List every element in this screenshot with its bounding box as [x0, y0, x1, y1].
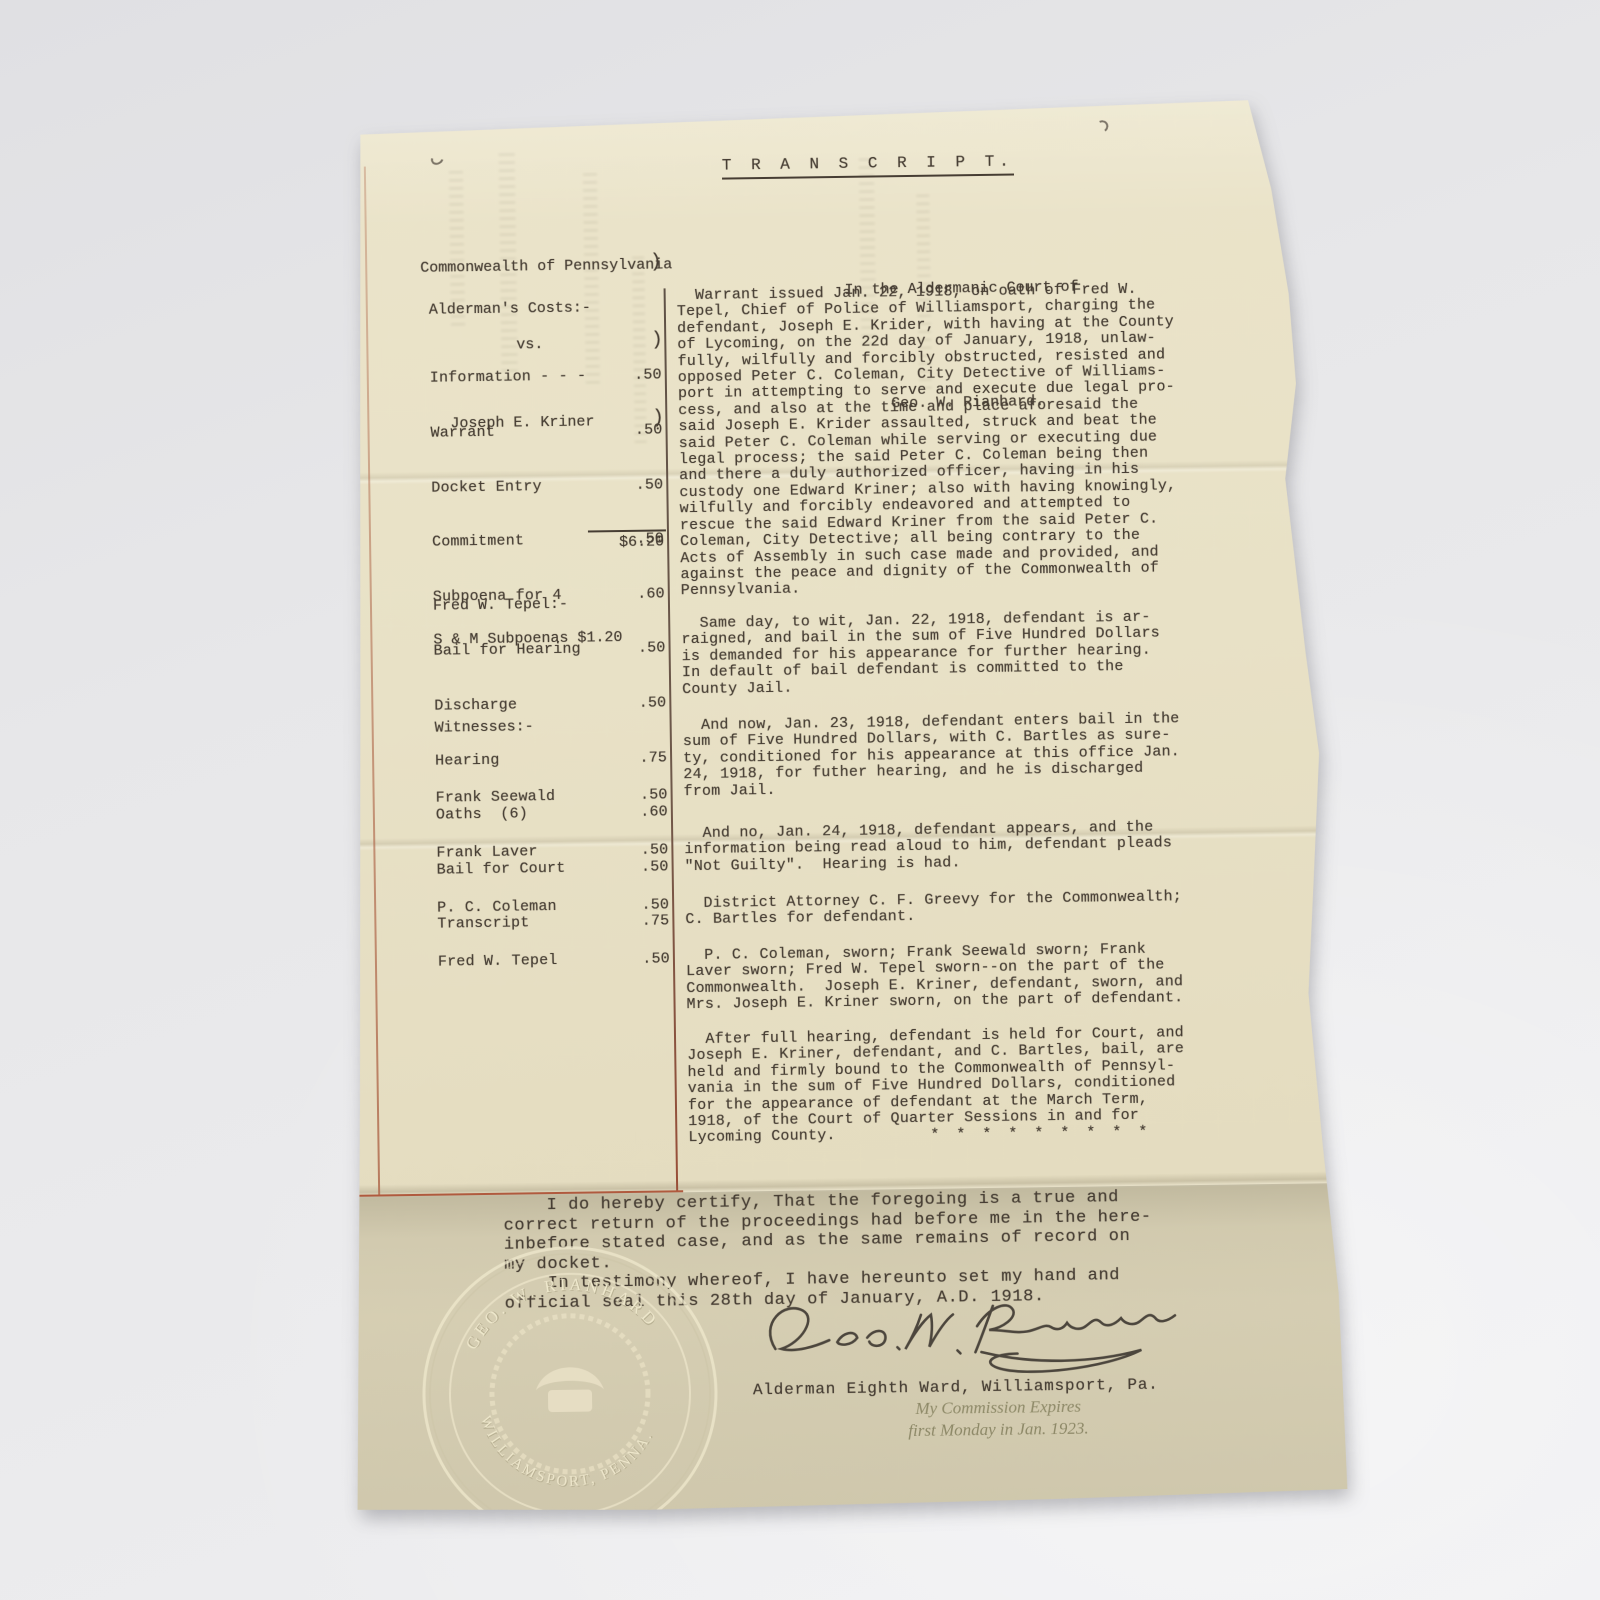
- cost-label: Discharge: [434, 696, 517, 715]
- pen-mark: [429, 151, 446, 167]
- tepel-fee-line: S & M Subpoenas $1.20: [433, 629, 622, 649]
- cost-value: .50: [635, 421, 663, 440]
- cost-row: Information - - -.50: [430, 367, 662, 388]
- asterisk-divider: * * * * * * * * *: [930, 1124, 1151, 1144]
- cost-row: Discharge.50: [434, 694, 666, 715]
- notary-seal: GEO. W. RIANHARD WILLIAMSPORT, PENNA.: [414, 1238, 726, 1550]
- body-paragraph: Same day, to wit, Jan. 22, 1918, defenda…: [681, 609, 1208, 698]
- witness-fee: .50: [640, 787, 668, 806]
- cost-label: Information - - -: [430, 368, 587, 388]
- body-paragraph: Warrant issued Jan. 22, 1918, on oath of…: [677, 281, 1207, 600]
- witness-name: Frank Laver: [436, 843, 537, 863]
- seal-crest-base: [548, 1390, 592, 1413]
- photo-background: T R A N S C R I P T. Commonwealth of Pen…: [0, 0, 1600, 1600]
- body-paragraph: District Attorney C. F. Greevy for the C…: [685, 889, 1211, 929]
- cost-value: .60: [637, 585, 665, 604]
- witness-fee: .50: [641, 896, 669, 915]
- witness-name: Frank Seewald: [436, 788, 556, 808]
- costs-total: $6.20: [432, 533, 664, 553]
- seal-text-top: GEO. W. RIANHARD: [461, 1273, 663, 1353]
- witness-row: P. C. Coleman.50: [437, 896, 669, 917]
- witness-row: Frank Seewald.50: [436, 787, 668, 808]
- cost-value: .50: [639, 694, 667, 713]
- paper-sheet: T R A N S C R I P T. Commonwealth of Pen…: [330, 93, 1355, 1519]
- body-paragraph: And no, Jan. 24, 1918, defendant appears…: [684, 819, 1211, 876]
- cost-value: .50: [636, 476, 664, 495]
- cost-value: .50: [638, 640, 666, 659]
- red-rule-left: [364, 167, 380, 1197]
- cost-row: Warrant.50: [430, 421, 662, 442]
- cost-label: Warrant: [430, 424, 495, 443]
- signature-ink: [745, 1283, 1192, 1389]
- costs-heading: Alderman's Costs:-: [429, 299, 591, 318]
- caption-party1: Commonwealth of Pennsylvania: [420, 252, 672, 282]
- cost-label: Docket Entry: [431, 478, 542, 498]
- cost-value: .50: [634, 367, 662, 386]
- body-paragraph: And now, Jan. 23, 1918, defendant enters…: [683, 711, 1210, 800]
- tepel-heading: Fred W. Tepel:-: [433, 596, 568, 615]
- svg-text:WILLIAMSPORT, PENNA.: WILLIAMSPORT, PENNA.: [477, 1412, 657, 1492]
- witnesses-heading: Witnesses:-: [435, 718, 534, 736]
- witness-list: Frank Seewald.50 Frank Laver.50 P. C. Co…: [435, 750, 671, 1008]
- pen-mark: [1095, 119, 1110, 134]
- commission-stamp-line1: My Commission Expires: [818, 1395, 1178, 1420]
- commission-stamp-line2: first Monday in Jan. 1923.: [818, 1417, 1178, 1442]
- page-title: T R A N S C R I P T.: [688, 152, 1048, 175]
- witness-fee: .50: [642, 951, 670, 970]
- witness-row: Frank Laver.50: [436, 841, 668, 862]
- witness-name: P. C. Coleman: [437, 898, 557, 918]
- cost-row: Docket Entry.50: [431, 476, 663, 497]
- seal-text-bottom: WILLIAMSPORT, PENNA.: [477, 1412, 657, 1492]
- witness-fee: .50: [641, 841, 669, 860]
- body-paragraph: P. C. Coleman, sworn; Frank Seewald swor…: [686, 941, 1213, 1014]
- witness-row: Fred W. Tepel.50: [438, 951, 670, 972]
- witness-name: Fred W. Tepel: [438, 952, 558, 972]
- signature-script: Geo. W. Rianhard: [745, 1283, 1192, 1389]
- svg-text:GEO. W. RIANHARD: GEO. W. RIANHARD: [461, 1273, 663, 1353]
- seal-crest: [536, 1367, 604, 1390]
- paper: T R A N S C R I P T. Commonwealth of Pen…: [330, 93, 1355, 1519]
